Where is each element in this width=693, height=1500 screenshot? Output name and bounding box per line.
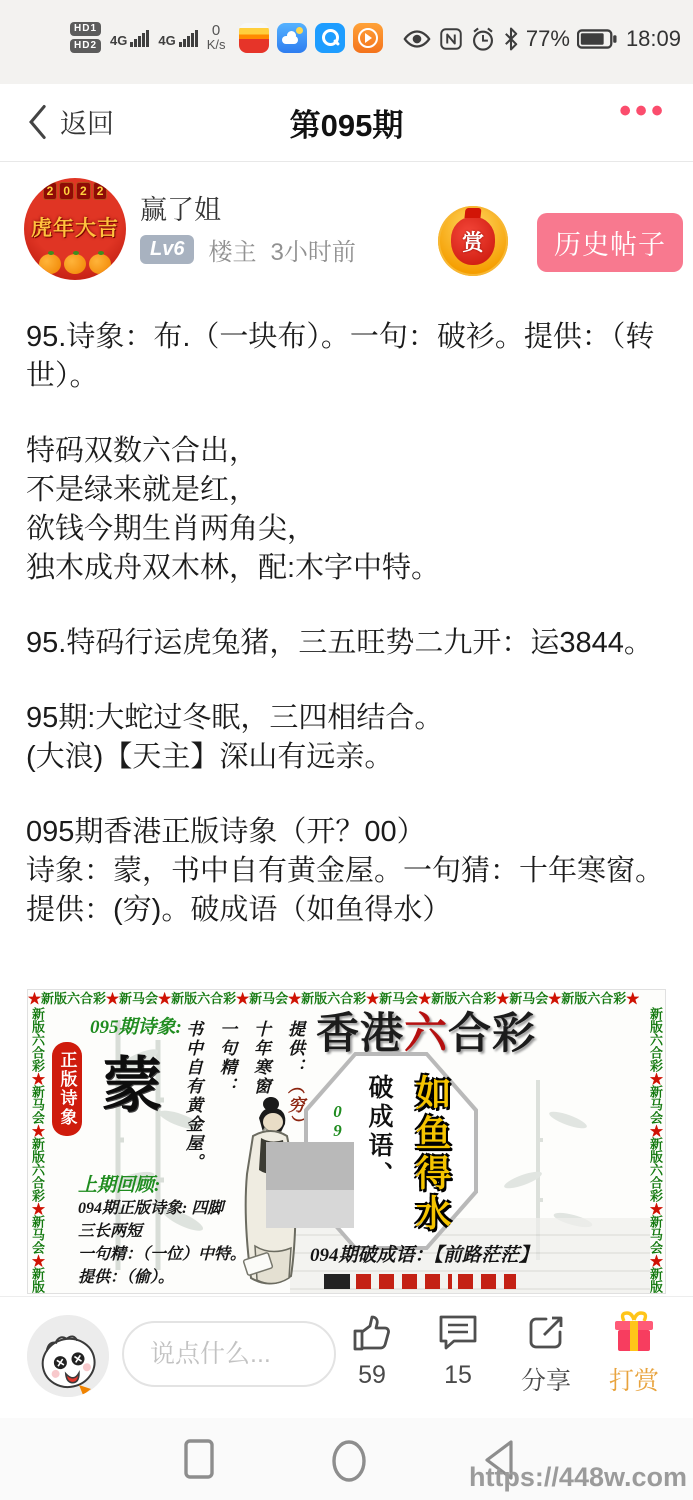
octagon-label: 破成语、 <box>360 1074 396 1250</box>
poster-main-character: 蒙 <box>102 1038 162 1124</box>
review-line: 提供：（偷）。 <box>78 1266 246 1289</box>
signal-1: 4G <box>110 29 149 47</box>
text-line: 不是绿来就是红， <box>26 471 669 510</box>
reward-label: 打赏 <box>609 1361 659 1397</box>
author-avatar[interactable]: 2022 虎年大吉 <box>24 178 126 280</box>
avatar-caption: 虎年大吉 <box>31 212 119 242</box>
battery-percent: 77% <box>526 26 570 52</box>
lottery-poster-image[interactable]: ★新版六合彩★新马会★新版六合彩★新马会★新版六合彩★新马会★新版六合彩★新马会… <box>28 990 665 1293</box>
avatar-year: 2022 <box>43 182 108 200</box>
text-line: 独木成舟双木林，配:木字中特。 <box>26 549 669 588</box>
comment-input[interactable] <box>122 1321 336 1387</box>
review-line: 094期正版诗象: 四脚 <box>78 1197 246 1220</box>
bottom-action-bar: 59 15 分享 打赏 <box>0 1296 693 1418</box>
authentic-seal: 正版诗象 <box>52 1042 82 1136</box>
screen: HD1 HD2 4G 4G 0 K/s <box>0 0 693 1500</box>
post-header: 2022 虎年大吉 赢了姐 Lv6 楼主 3小时前 赏 历史帖子 <box>0 170 693 300</box>
poster-border-left: 新版六合彩★新马会★新版六合彩★新马会★新版六合彩★新马会 <box>29 1007 46 1293</box>
paragraph: 特码双数六合出， 不是绿来就是红， 欲钱今期生肖两角尖， 独木成舟双木林，配:木… <box>26 432 669 588</box>
share-icon <box>524 1311 568 1355</box>
video-app-icon <box>353 23 383 53</box>
like-count: 59 <box>358 1361 386 1390</box>
commenter-avatar[interactable] <box>27 1315 109 1397</box>
more-menu-button[interactable]: ••• <box>619 92 667 131</box>
post-time: 3小时前 <box>270 232 355 267</box>
battery-icon <box>577 28 617 50</box>
comment-button[interactable]: 15 <box>420 1311 496 1390</box>
paragraph: 95.诗象：布.（一块布）。一句：破衫。提供：（转世）。 <box>26 318 669 396</box>
nfc-icon <box>439 27 463 51</box>
bluetooth-icon <box>503 26 519 52</box>
role-tag: 楼主 <box>208 232 256 267</box>
poster-masthead: 香港六合彩 <box>316 1000 536 1061</box>
gray-block <box>266 1142 354 1190</box>
paragraph: 95期:大蛇过冬眠，三四相结合。 (大浪)【天主】深山有远亲。 <box>26 699 669 777</box>
review-line: 一句精：（一位）中特。 <box>78 1243 246 1266</box>
author-meta: Lv6 楼主 3小时前 <box>140 232 356 267</box>
notification-app-icons <box>239 23 383 53</box>
review-line: 三长两短 <box>78 1220 246 1243</box>
reward-button[interactable]: 打赏 <box>596 1311 672 1397</box>
text-line: 95.特码行运虎兔猪，三五旺势二九开：运3844。 <box>26 624 669 663</box>
comment-icon <box>436 1311 480 1355</box>
home-button[interactable] <box>329 1438 369 1484</box>
paragraph: 095期香港正版诗象（开？00） 诗象：蒙，书中自有黄金屋。一句猜：十年寒窗。提… <box>26 813 669 930</box>
history-posts-button[interactable]: 历史帖子 <box>537 213 683 272</box>
alarm-icon <box>470 26 496 52</box>
review-block: 094期正版诗象: 四脚 三长两短 一句精：（一位）中特。 提供：（偷）。 <box>78 1197 246 1289</box>
network-type-1: 4G <box>110 35 127 47</box>
review-heading: 上期回顾: <box>78 1170 160 1197</box>
search-app-icon <box>315 23 345 53</box>
text-line: 欲钱今期生肖两角尖， <box>26 510 669 549</box>
share-button[interactable]: 分享 <box>508 1311 584 1397</box>
bunny-face-icon <box>27 1315 109 1397</box>
weather-app-icon <box>277 23 307 53</box>
like-button[interactable]: 59 <box>334 1311 410 1390</box>
hd1-badge: HD1 <box>70 22 101 36</box>
hd-badges: HD1 HD2 <box>70 22 101 53</box>
cutoff-red-text <box>324 1274 516 1289</box>
hd2-badge: HD2 <box>70 39 101 53</box>
gray-block <box>266 1190 354 1228</box>
money-bag-icon: 赏 <box>451 217 495 265</box>
thumbs-up-icon <box>350 1311 394 1355</box>
signal-2: 4G <box>158 29 197 47</box>
avatar-oranges <box>39 254 111 274</box>
text-line: 095期香港正版诗象（开？00） <box>26 813 669 852</box>
news-app-icon <box>239 23 269 53</box>
status-bar-left: HD1 HD2 4G 4G 0 K/s <box>70 22 383 53</box>
post-body: 95.诗象：布.（一块布）。一句：破衫。提供：（转世）。 特码双数六合出， 不是… <box>26 318 669 966</box>
text-line: (大浪)【天主】深山有远亲。 <box>26 738 669 777</box>
network-speed: 0 K/s <box>207 24 226 52</box>
network-type-2: 4G <box>158 35 175 47</box>
author-username[interactable]: 赢了姐 <box>140 188 221 227</box>
share-label: 分享 <box>521 1361 571 1397</box>
previous-idiom-line: 094期破成语：【前路茫茫】 <box>310 1240 538 1267</box>
level-badge: Lv6 <box>140 235 194 264</box>
text-line: 95.诗象：布.（一块布）。一句：破衫。提供：（转世）。 <box>26 318 669 396</box>
text-line: 诗象：蒙，书中自有黄金屋。一句猜：十年寒窗。提供：(穷)。破成语（如鱼得水） <box>26 852 669 930</box>
signal-bars-icon <box>179 29 198 47</box>
nav-bar: 返回 第095期 ••• <box>0 84 693 162</box>
page-title: 第095期 <box>0 100 693 145</box>
status-bar: HD1 HD2 4G 4G 0 K/s <box>0 0 693 84</box>
paragraph: 95.特码行运虎兔猪，三五旺势二九开：运3844。 <box>26 624 669 663</box>
status-bar-right: 77% 18:09 <box>402 26 681 52</box>
text-line: 特码双数六合出， <box>26 432 669 471</box>
poster-issue-label: 095期诗象: <box>90 1012 182 1039</box>
recent-apps-button[interactable] <box>183 1438 217 1480</box>
signal-bars-icon <box>130 29 149 47</box>
gift-icon <box>611 1311 657 1355</box>
reward-coin-button[interactable]: 赏 <box>438 206 508 276</box>
comment-count: 15 <box>444 1361 472 1390</box>
eye-protection-icon <box>402 29 432 49</box>
clock: 18:09 <box>626 26 681 52</box>
site-watermark: https://448w.com <box>469 1462 687 1493</box>
poster-border-right: 新版六合彩★新马会★新版六合彩★新马会★新版六合彩★新马会 <box>647 1007 664 1293</box>
octagon-idiom: 如鱼得水 <box>406 1074 457 1250</box>
text-line: 95期:大蛇过冬眠，三四相结合。 <box>26 699 669 738</box>
verse-column: 书中自有黄金屋。 <box>180 1020 205 1190</box>
